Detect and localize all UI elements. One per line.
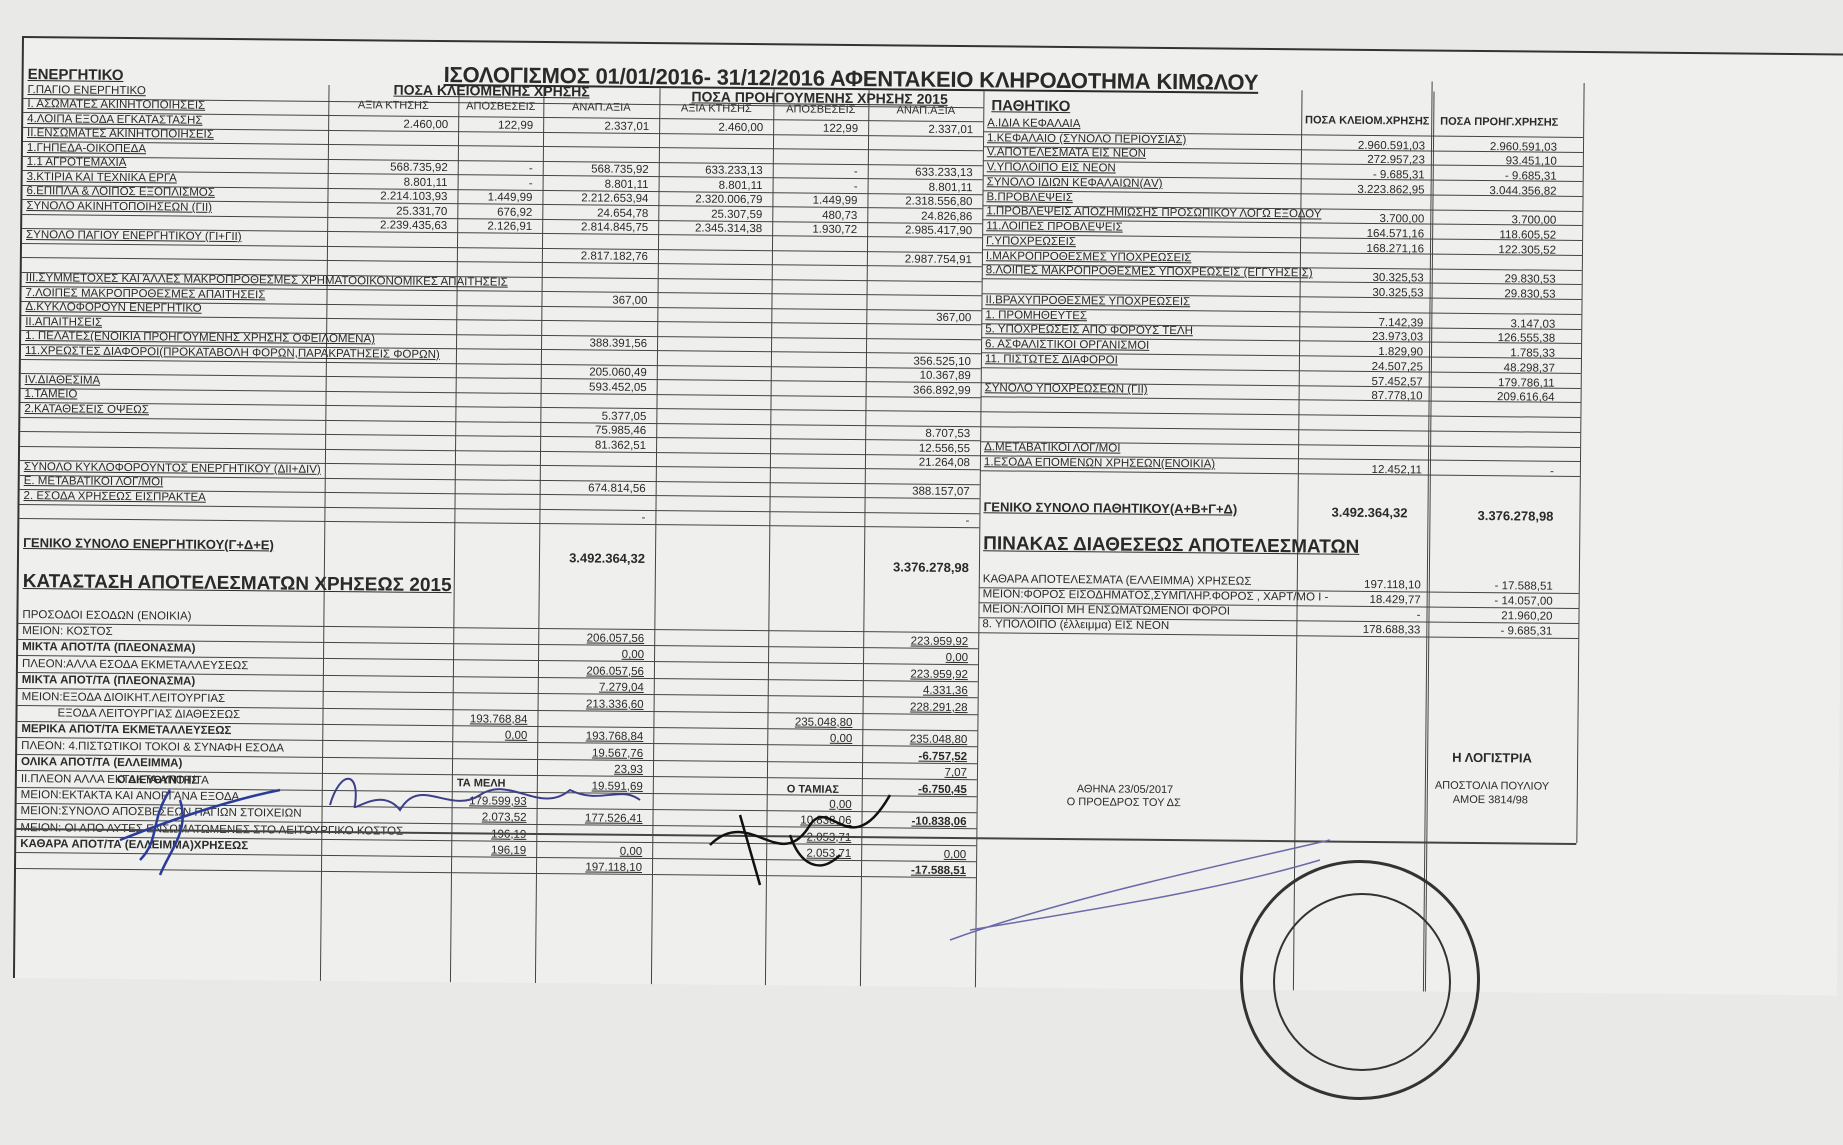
distribution-current-value: 18.429,77	[1297, 593, 1421, 606]
assets-grand-total-label: ΓΕΝΙΚΟ ΣΥΝΟΛΟ ΕΝΕΡΓΗΤΙΚΟΥ(Γ+Δ+Ε)	[23, 535, 274, 552]
asset-value: 480,73	[772, 209, 857, 222]
asset-row-label: 4.ΛΟΙΠΑ ΕΞΟΔΑ ΕΓΚΑΤΑΣΤΑΣΗΣ	[27, 113, 202, 127]
asset-value: 1.449,99	[772, 195, 857, 208]
asset-value: 2.337,01	[543, 120, 649, 133]
liability-current-value: 168.271,16	[1300, 242, 1424, 255]
col-current-year: ΠΟΣΑ ΚΛΕΙΟΜ.ΧΡΗΣΗΣ	[1301, 114, 1433, 127]
income-row-label: ΠΛΕΟΝ:ΑΛΛΑ ΕΣΟΔΑ ΕΚΜΕΤΑΛΛΕΥΣΕΩΣ	[22, 658, 248, 672]
sheet-right-border	[1576, 83, 1584, 843]
asset-value: 2.987.754,91	[867, 253, 972, 266]
liability-row-label: Β.ΠΡΟΒΛΕΨΕΙΣ	[986, 191, 1073, 204]
asset-value: 1.930,72	[772, 224, 857, 237]
income-value: 0,00	[863, 652, 968, 665]
asset-value: 2.239.435,63	[327, 219, 447, 232]
asset-value: 8.801,11	[328, 176, 448, 189]
distribution-prior-value: - 9.685,31	[1428, 625, 1552, 638]
asset-value: 1.449,99	[457, 192, 532, 205]
liability-current-value: 57.452,57	[1299, 375, 1423, 388]
liability-row-label: Α.ΙΔΙΑ ΚΕΦΑΛΑΙΑ	[987, 117, 1080, 130]
asset-value: 633.233,13	[659, 165, 763, 178]
asset-value: 388.157,07	[865, 485, 970, 498]
row-rule	[980, 411, 1580, 418]
liabilities-grand-total-prior: 3.376.278,98	[1429, 507, 1553, 523]
place-date: ΑΘΗΝΑ 23/05/2017	[1077, 783, 1174, 796]
row-rule	[21, 315, 981, 325]
asset-value: -	[864, 514, 969, 527]
asset-value: 75.985,46	[540, 424, 646, 437]
asset-row-label: ΣΥΝΟΛΟ ΠΑΓΙΟΥ ΕΝΕΡΓΗΤΙΚΟΥ (ΓΙ+ΓΙΙ)	[26, 229, 242, 243]
liability-prior-value: 3.147,03	[1431, 317, 1555, 330]
asset-value: 8.801,11	[659, 179, 763, 192]
asset-row-label: 1.1 ΑΓΡΟΤΕΜΑΧΙΑ	[27, 156, 127, 169]
liability-prior-value: 93.451,10	[1433, 155, 1557, 168]
asset-value: 81.362,51	[540, 439, 646, 452]
current-year-group-header: ΠΟΣΑ ΚΛΕΙΟΜΕΝΗΣ ΧΡΗΣΗΣ	[393, 82, 589, 100]
asset-value: -	[773, 166, 858, 179]
asset-row-label: 1.ΤΑΜΕΙΟ	[25, 388, 78, 401]
liability-row-label: ΣΥΝΟΛΟ ΙΔΙΩΝ ΚΕΦΑΛΑΙΩΝ(ΑV)	[987, 176, 1163, 190]
asset-value: 25.307,59	[658, 208, 762, 221]
liability-current-value: 87.778,10	[1299, 390, 1423, 403]
liability-current-value: 1.829,90	[1299, 345, 1423, 358]
income-value: 193.768,84	[452, 713, 527, 726]
asset-value: 25.331,70	[327, 205, 447, 218]
liability-row-label: 1.ΕΣΟΔΑ ΕΠΟΜΕΝΩΝ ΧΡΗΣΕΩΝ(ΕΝΟΙΚΙΑ)	[984, 456, 1215, 470]
row-rule	[21, 388, 981, 398]
asset-row-label: ΣΥΝΟΛΟ ΑΚΙΝΗΤΟΠΟΙΗΣΕΩΝ (ΓΙΙ)	[26, 200, 212, 214]
members-signatures	[320, 765, 650, 825]
income-value: 235.048,80	[862, 733, 967, 746]
asset-value: 8.801,11	[868, 181, 973, 194]
asset-value: 2.814.845,75	[542, 221, 648, 234]
asset-value: 2.212.653,94	[542, 192, 648, 205]
asset-value: 568.735,92	[328, 161, 448, 174]
asset-row-label: IV.ΔΙΑΘΕΣΙΜΑ	[25, 374, 101, 387]
asset-value: 366.892,99	[866, 384, 971, 397]
accountant-name: ΑΠΟΣΤΟΛΙΑ ΠΟΥΛΙΟΥ	[1435, 780, 1549, 793]
liability-row-label: Γ.ΥΠΟΧΡΕΩΣΕΙΣ	[986, 235, 1076, 248]
liability-prior-value: 118.605,52	[1432, 229, 1556, 242]
distribution-row-label: ΜΕΙΟΝ:ΦΟΡΟΣ ΕΙΣΟΔΗΜΑΤΟΣ,ΣΥΜΠΛΗΡ.ΦΟΡΟΣ , …	[983, 588, 1329, 603]
asset-value: -	[539, 511, 645, 524]
distribution-current-value: -	[1296, 608, 1420, 621]
row-rule	[20, 402, 980, 412]
asset-value: 8.707,53	[865, 427, 970, 440]
asset-value: 674.814,56	[540, 482, 646, 495]
asset-value: 2.985.417,90	[867, 225, 972, 238]
liability-current-value: 3.223.862,95	[1301, 183, 1425, 196]
liabilities-grand-total-current: 3.492.364,32	[1297, 504, 1407, 520]
liability-prior-value: 179.786,11	[1431, 376, 1555, 389]
assets-heading: ΕΝΕΡΓΗΤΙΚΟ	[28, 66, 124, 84]
liability-prior-value: - 9.685,31	[1433, 170, 1557, 183]
liability-row-label: ΣΥΝΟΛΟ ΥΠΟΧΡΕΩΣΕΩΝ (ΓΙΙ)	[985, 383, 1148, 397]
income-row-label: ΜΕΙΟΝ: ΚΟΣΤΟΣ	[22, 625, 112, 638]
row-rule	[21, 373, 981, 383]
liabilities-heading: ΠΑΘΗΤΙΚΟ	[991, 97, 1070, 115]
income-value: 223.959,92	[863, 668, 968, 681]
asset-row-label: 11.ΧΡΕΩΣΤΕΣ ΔΙΑΦΟΡΟΙ(ΠΡΟΚΑΤΑΒΟΛΗ ΦΟΡΩΝ,Π…	[25, 345, 440, 361]
income-row-label: ΜΙΚΤΑ ΑΠΟΤ/ΤΑ (ΠΛΕΟΝΑΣΜΑ)	[22, 674, 196, 688]
treasurer-signature	[700, 785, 900, 895]
asset-value: 12.556,55	[865, 442, 970, 455]
liability-row-label: 11.ΛΟΙΠΕΣ ΠΡΟΒΛΕΨΕΙΣ	[986, 220, 1123, 233]
asset-value: 2.345.314,38	[658, 223, 762, 236]
row-rule	[23, 141, 983, 151]
asset-value: -	[458, 163, 533, 176]
distribution-current-value: 197.118,10	[1297, 578, 1421, 591]
president-label: Ο ΠΡΟΕΔΡΟΣ ΤΟΥ ΔΣ	[1067, 796, 1181, 809]
income-value: 7,07	[862, 766, 967, 779]
asset-value: 122,99	[458, 119, 533, 132]
asset-value: 2.318.556,80	[867, 196, 972, 209]
income-row-label: ΟΛΙΚΑ ΑΠΟΤ/ΤΑ (ΕΛΛΕΙΜΜΑ)	[21, 756, 182, 770]
distribution-row-label: ΜΕΙΟΝ:ΛΟΙΠΟΙ ΜΗ ΕΝΣΩΜΑΤΩΜΕΝΟΙ ΦΟΡΟΙ	[982, 603, 1230, 617]
asset-row-label: ΣΥΝΟΛΟ ΚΥΚΛΟΦΟΡΟΥΝΤΟΣ ΕΝΕΡΓΗΤΙΚΟΥ (ΔΙΙ+Δ…	[24, 461, 321, 476]
liability-prior-value: 3.044.356,82	[1433, 185, 1557, 198]
row-rule	[21, 359, 981, 369]
income-value: -6.757,52	[862, 750, 967, 763]
liability-prior-value: 3.700,00	[1432, 214, 1556, 227]
accountant-id: ΑΜΟΕ 3814/98	[1453, 794, 1528, 807]
asset-value: 2.460,00	[328, 118, 448, 131]
row-rule	[20, 446, 980, 456]
asset-value: 205.060,49	[541, 366, 647, 379]
distribution-row-label: 8. ΥΠΟΛΟΙΠΟ (έλλειμμα) ΕΙΣ ΝΕΟΝ	[982, 618, 1169, 632]
liability-row-label: 5. ΥΠΟΧΡΕΩΣΕΙΣ ΑΠΟ ΦΟΡΟΥΣ ΤΕΛΗ	[985, 324, 1193, 338]
income-value: 228.291,28	[863, 701, 968, 714]
asset-row-label: 6.ΕΠΙΠΛΑ & ΛΟΙΠΟΣ ΕΞΟΠΛΙΣΜΟΣ	[26, 185, 214, 199]
liability-current-value: 12.452,11	[1298, 463, 1422, 476]
row-rule	[20, 417, 980, 427]
income-statement-heading: ΚΑΤΑΣΤΑΣΗ ΑΠΟΤΕΛΕΣΜΑΤΩΝ ΧΡΗΣΕΩΣ 2015	[23, 571, 452, 597]
distribution-heading: ΠΙΝΑΚΑΣ ΔΙΑΘΕΣΕΩΣ ΑΠΟΤΕΛΕΣΜΑΤΩΝ	[983, 533, 1359, 559]
income-value: 213.336,60	[538, 698, 644, 711]
income-value: 19.567,76	[537, 747, 643, 760]
liability-prior-value: 209.616,64	[1431, 391, 1555, 404]
asset-row-label: Γ.ΠΑΓΙΟ ΕΝΕΡΓΗΤΙΚΟ	[27, 84, 145, 97]
liability-row-label: 1.ΚΕΦΑΛΑΙΟ (ΣΥΝΟΛΟ ΠΕΡΙΟΥΣΙΑΣ)	[987, 132, 1186, 146]
liability-prior-value: 1.785,33	[1431, 347, 1555, 360]
income-value: 206.057,56	[538, 665, 644, 678]
asset-row-label: 7.ΛΟΙΠΕΣ ΜΑΚΡΟΠΡΟΘΕΣΜΕΣ ΑΠΑΙΤΗΣΕΙΣ	[25, 287, 265, 301]
liability-row-label: ΙΙ.ΒΡΑΧΥΠΡΟΘΕΣΜΕΣ ΥΠΟΧΡΕΩΣΕΙΣ	[985, 294, 1190, 308]
asset-row-label: ΙΙ.ΑΠΑΙΤΗΣΕΙΣ	[25, 316, 102, 329]
liability-current-value: 30.325,53	[1300, 272, 1424, 285]
liability-prior-value: -	[1430, 465, 1554, 478]
liability-current-value: 164.571,16	[1300, 227, 1424, 240]
income-value: 0,00	[536, 845, 642, 858]
asset-value: -	[773, 180, 858, 193]
row-rule	[20, 504, 980, 514]
liability-current-value: - 9.685,31	[1301, 169, 1425, 182]
asset-value: 2.337,01	[868, 123, 973, 136]
liability-prior-value: 122.305,52	[1432, 243, 1556, 256]
distribution-prior-value: 21.960,20	[1428, 610, 1552, 623]
asset-row-label: 2. ΕΣΟΔΑ ΧΡΗΣΕΩΣ ΕΙΣΠΡΑΚΤΕΑ	[24, 490, 206, 504]
asset-value: 24.654,78	[542, 207, 648, 220]
asset-value: 2.126,91	[457, 221, 532, 234]
assets-grand-total-current: 3.492.364,32	[539, 550, 645, 566]
asset-value: 8.801,11	[543, 178, 649, 191]
income-value: 0,00	[452, 730, 527, 743]
asset-value: 2.817.182,76	[542, 250, 648, 263]
liability-current-value: 3.700,00	[1300, 213, 1424, 226]
liability-prior-value: 2.960.591,03	[1433, 140, 1557, 153]
asset-value: 633.233,13	[868, 167, 973, 180]
asset-value: -	[458, 177, 533, 190]
income-value: 196,19	[451, 844, 526, 857]
income-value: 0,00	[767, 733, 852, 746]
liability-prior-value: 48.298,37	[1431, 361, 1555, 374]
liability-current-value: 2.960.591,03	[1301, 139, 1425, 152]
liability-row-label: Δ.ΜΕΤΑΒΑΤΙΚΟΙ ΛΟΓ/ΜΟΙ	[984, 442, 1120, 455]
income-value: 235.048,80	[767, 716, 852, 729]
asset-value: 367,00	[866, 311, 971, 324]
liability-row-label: 1. ΠΡΟΜΗΘΕΥΤΕΣ	[985, 309, 1087, 322]
distribution-current-value: 178.688,33	[1296, 623, 1420, 636]
asset-value: 2.214.103,93	[327, 190, 447, 203]
asset-row-label: Δ.ΚΥΚΛΟΦΟΡΟΥΝ ΕΝΕΡΓΗΤΙΚΟ	[25, 301, 201, 315]
liability-row-label: 11. ΠΙΣΤΩΤΕΣ ΔΙΑΦΟΡΟΙ	[985, 353, 1118, 366]
assets-grand-total-prior: 3.376.278,98	[864, 559, 969, 575]
income-value: 197.118,10	[536, 861, 642, 874]
asset-value: 10.367,89	[866, 369, 971, 382]
asset-row-label: 1.ΓΗΠΕΔΑ-ΟΙΚΟΠΕΔΑ	[27, 142, 146, 155]
income-value: 0,00	[538, 648, 644, 661]
asset-row-label: ΙΙ.ΕΝΣΩΜΑΤΕΣ ΑΚΙΝΗΤΟΠΟΙΗΣΕΙΣ	[27, 128, 214, 142]
income-row-label: ΜΕΡΙΚΑ ΑΠΟΤ/ΤΑ ΕΚΜΕΤΑΛΛΕΥΣΕΩΣ	[21, 723, 231, 737]
asset-row-label: 1. ΠΕΛΑΤΕΣ(ΕΝΟΙΚΙΑ ΠΡΟΗΓΟΥΜΕΝΗΣ ΧΡΗΣΗΣ Ο…	[25, 330, 375, 345]
row-rule	[19, 518, 979, 528]
row-rule	[20, 431, 980, 441]
liability-current-value: 23.973,03	[1299, 331, 1423, 344]
asset-value: 2.320.006,79	[658, 194, 762, 207]
row-rule	[22, 257, 982, 267]
liability-current-value: 24.507,25	[1299, 360, 1423, 373]
income-row-label: ΜΙΚΤΑ ΑΠΟΤ/ΤΑ (ΠΛΕΟΝΑΣΜΑ)	[22, 641, 196, 655]
director-signature	[110, 780, 290, 880]
asset-value: 367,00	[541, 294, 647, 307]
liability-row-label: 6. ΑΣΦΑΛΙΣΤΙΚΟΙ ΟΡΓΑΝΙΣΜΟΙ	[985, 338, 1149, 352]
asset-row-label: 2.ΚΑΤΑΘΕΣΕΙΣ ΟΨΕΩΣ	[24, 403, 149, 416]
distribution-prior-value: - 14.057,00	[1429, 594, 1553, 607]
asset-value: 2.460,00	[659, 121, 763, 134]
liability-current-value: 272.957,23	[1301, 154, 1425, 167]
asset-value: 676,92	[457, 206, 532, 219]
asset-value: 593.452,05	[541, 381, 647, 394]
asset-value: 122,99	[773, 122, 858, 135]
row-rule	[22, 243, 982, 253]
asset-value: 388.391,56	[541, 337, 647, 350]
distribution-prior-value: - 17.588,51	[1429, 579, 1553, 592]
asset-value: 24.826,86	[867, 210, 972, 223]
asset-value: 568.735,92	[543, 163, 649, 176]
row-rule	[980, 426, 1580, 433]
column-divider	[1423, 82, 1433, 992]
income-value: 223.959,92	[863, 635, 968, 648]
liability-row-label: Ι.ΜΑΚΡΟΠΡΟΘΕΣΜΕΣ ΥΠΟΧΡΕΩΣΕΙΣ	[986, 250, 1192, 264]
income-value: 4.331,36	[863, 684, 968, 697]
asset-row-label: Ε. ΜΕΤΑΒΑΤΙΚΟΙ ΛΟΓ/ΜΟΙ	[24, 475, 164, 488]
liability-row-label: 1.ΠΡΟΒΛΕΨΕΙΣ ΑΠΟΖΗΜΙΩΣΗΣ ΠΡΟΣΩΠΙΚΟΥ ΛΟΓΩ…	[986, 206, 1321, 221]
liability-row-label: 8.ΛΟΙΠΕΣ ΜΑΚΡΟΠΡΟΘΕΣΜΕΣ ΥΠΟΧΡΕΩΣΕΙΣ (ΕΓΓ…	[986, 265, 1313, 280]
income-row-label: ΜΕΙΟΝ:ΕΞΟΔΑ ΔΙΟΙΚΗΤ.ΛΕΙΤΟΥΡΓΙΑΣ	[22, 691, 226, 705]
income-value: 193.768,84	[537, 730, 643, 743]
asset-value: 5.377,05	[540, 410, 646, 423]
distribution-row-label: ΚΑΘΑΡΑ ΑΠΟΤΕΛΕΣΜΑΤΑ (ΕΛΛΕΙΜΜΑ) ΧΡΗΣΕΩΣ	[983, 573, 1252, 588]
income-row-label: ΠΡΟΣΟΔΟΙ ΕΣΟΔΩΝ (ΕΝΟΙΚΙΑ)	[22, 609, 191, 623]
liabilities-grand-total-label: ΓΕΝΙΚΟ ΣΥΝΟΛΟ ΠΑΘΗΤΙΚΟΥ(Α+Β+Γ+Δ)	[983, 499, 1237, 516]
asset-row-label: 3.ΚΤΙΡΙΑ ΚΑΙ ΤΕΧΝΙΚΑ ΕΡΓΑ	[27, 171, 177, 184]
liability-prior-value: 29.830,53	[1432, 288, 1556, 301]
asset-value: 356.525,10	[866, 355, 971, 368]
president-signature	[940, 830, 1340, 950]
liability-row-label: V.ΥΠΟΛΟΙΠΟ ΕΙΣ ΝΕΟΝ	[987, 161, 1116, 174]
income-row-label: ΕΞΟΔΑ ΛΕΙΤΟΥΡΓΙΑΣ ΔΙΑΘΕΣΕΩΣ	[57, 707, 240, 721]
liability-current-value: 30.325,53	[1300, 286, 1424, 299]
income-value: 206.057,56	[538, 632, 644, 645]
asset-value: 21.264,08	[865, 456, 970, 469]
liability-row-label: V.ΑΠΟΤΕΛΕΣΜΑΤΑ ΕΙΣ ΝΕΟΝ	[987, 147, 1146, 161]
row-rule	[20, 475, 980, 485]
income-value: 7.279,04	[538, 681, 644, 694]
income-row-label: ΠΛΕΟΝ: 4.ΠΙΣΤΩΤΙΚΟΙ ΤΟΚΟΙ & ΣΥΝΑΦΗ ΕΣΟΔΑ	[21, 740, 284, 755]
col-prior-year: ΠΟΣΑ ΠΡΟΗΓ.ΧΡΗΣΗΣ	[1433, 116, 1565, 129]
liability-current-value: 7.142,39	[1299, 316, 1423, 329]
asset-row-label: Ι. ΑΣΩΜΑΤΕΣ ΑΚΙΝΗΤΟΠΟΙΗΣΕΙΣ	[27, 99, 205, 113]
accountant-title: Η ΛΟΓΙΣΤΡΙΑ	[1452, 750, 1532, 766]
liability-prior-value: 126.555,38	[1431, 332, 1555, 345]
liability-prior-value: 29.830,53	[1432, 273, 1556, 286]
row-rule	[18, 623, 978, 633]
